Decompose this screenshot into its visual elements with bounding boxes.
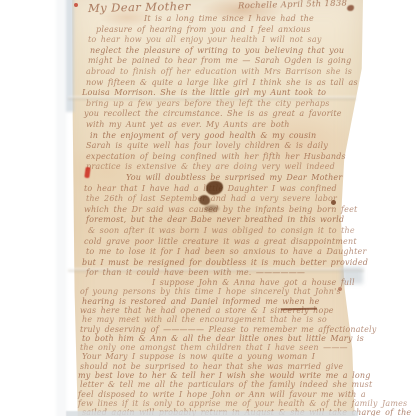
handwriting-line: & soon after it was born I was obliged t… <box>88 226 355 235</box>
handwriting-line: of young persons by this time I hope sin… <box>80 287 341 296</box>
handwriting-line: abroad to finish off her education with … <box>86 67 352 76</box>
handwriting-line: you recollect the circumstance. She is a… <box>84 109 342 118</box>
handwriting-line: You will doubtless be surprised my Dear … <box>126 173 342 182</box>
handwriting-line: to me to lose it for I had been so anxio… <box>86 247 366 256</box>
handwriting-line: letter & tell me all the particulars of … <box>80 380 372 389</box>
handwriting-line: the 26th of last September and had a ver… <box>86 194 337 203</box>
ink-spot-right-lower <box>338 287 342 291</box>
handwriting-line: but I must be resigned for doubtless it … <box>82 258 368 267</box>
scan-bottom-edge <box>66 411 358 416</box>
handwriting-line: bring up a few years before they left th… <box>86 99 330 108</box>
handwriting-line: expectation of being confined with her f… <box>86 152 346 161</box>
salutation: My Dear Mother <box>88 0 191 15</box>
handwriting-line: to hear how you all enjoy your health I … <box>88 35 322 44</box>
handwriting-line: for than it could have been with me. ———… <box>86 268 305 277</box>
handwriting-line: should not be surprised to hear that she… <box>80 362 343 371</box>
handwriting-line: pleasure of hearing from you and I feel … <box>96 25 311 34</box>
handwriting-line: It is a long time since I have had the <box>144 14 314 23</box>
handwriting-line: Sarah is quite well has four lovely chil… <box>86 141 328 150</box>
handwriting-line: foremost, but the dear Babe never breath… <box>86 215 344 224</box>
handwriting-line: to both him & Ann & all the dear little … <box>82 334 364 343</box>
handwriting-line: feel disposed to write I hope John or An… <box>78 390 366 399</box>
handwriting-line: I suppose John & Anna have got a house f… <box>152 278 355 287</box>
handwriting-line: few lines if it is only to apprise me of… <box>78 399 407 408</box>
handwriting-line: he may meet with all the encouragement t… <box>82 315 327 324</box>
handwriting-line: practice is extensive & they are doing v… <box>86 162 335 171</box>
handwriting-line: now fifteen & quite a large like girl I … <box>86 78 358 87</box>
handwriting-line: cold grave poor little creature it was a… <box>84 237 357 246</box>
handwriting-line: hearing is restored and Daniel informed … <box>82 297 320 306</box>
handwriting-line: in the enjoyment of very good health & m… <box>90 131 316 140</box>
handwriting-line: might be pained to hear from me — Sarah … <box>88 56 351 65</box>
ink-blot-smear <box>204 205 219 212</box>
handwriting-line: the only one amongst them children that … <box>80 343 348 352</box>
ink-spot-right <box>331 200 336 205</box>
handwriting-line: with my Aunt yet as ever. My Aunts are b… <box>86 120 290 129</box>
handwriting-line: neglect the pleasure of writing to you b… <box>90 46 344 55</box>
handwriting-line: truly deserving of ————— Please to remem… <box>80 325 377 334</box>
ink-blot-secondary <box>199 195 210 205</box>
handwriting-line: which the Dr said was caused by the infa… <box>84 205 357 214</box>
handwriting-line: Louisa Morrison. She is the little girl … <box>82 88 326 97</box>
letter-photo: My Dear Mother Rochelle April 5th 1838 I… <box>0 0 416 416</box>
handwriting-line: my best love to her & tell her I wish sh… <box>78 371 371 380</box>
red-ink-dot <box>74 3 78 7</box>
handwriting-line: Your Mary I suppose is now quite a young… <box>82 352 315 361</box>
